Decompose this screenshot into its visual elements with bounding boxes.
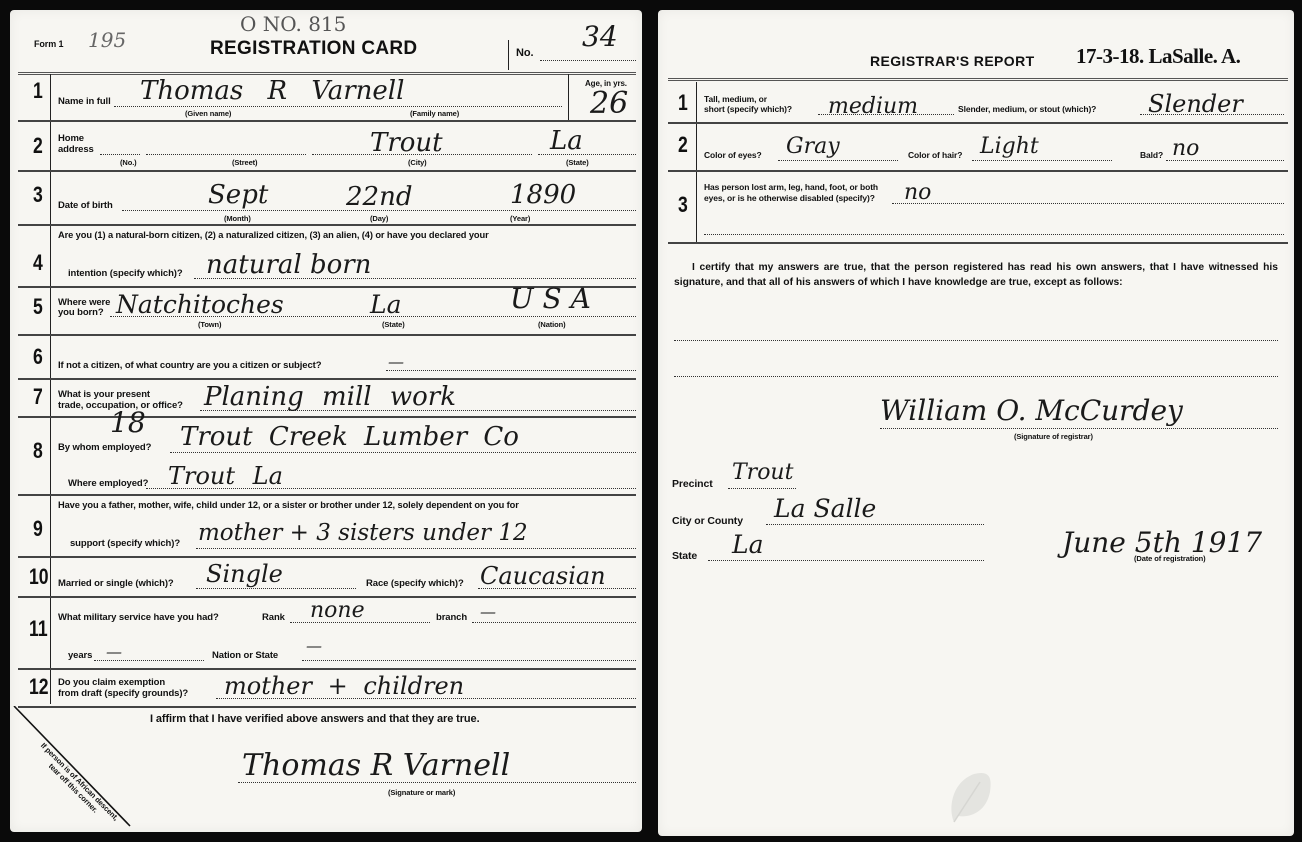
precinct-value[interactable]: Trout xyxy=(732,460,793,485)
birth-town[interactable]: Natchitoches xyxy=(116,290,284,319)
row-number-8: 8 xyxy=(33,438,43,464)
employer-value[interactable]: Trout Creek Lumber Co xyxy=(180,422,519,452)
employment-place-value[interactable]: Trout La xyxy=(168,462,283,490)
birthplace-label-2: you born? xyxy=(58,307,104,318)
registration-card: Form 1 195 O NO. 815 REGISTRATION CARD N… xyxy=(10,10,642,832)
year-caption: (Year) xyxy=(510,214,530,223)
margin-mark: 18 xyxy=(110,406,146,439)
dob-label: Date of birth xyxy=(58,200,113,211)
home-city[interactable]: Trout xyxy=(370,128,443,158)
branch-label: branch xyxy=(436,612,467,623)
county-label: City or County xyxy=(672,515,743,527)
tear-off-corner-line xyxy=(10,706,140,832)
state-caption: (State) xyxy=(566,158,589,167)
years-label: years xyxy=(68,650,92,661)
height-label-2: short (specify which)? xyxy=(704,104,792,114)
leaf-watermark-icon xyxy=(946,768,994,826)
city-caption: (City) xyxy=(408,158,427,167)
registrar-caption: (Signature of registrar) xyxy=(1014,432,1093,441)
home-state[interactable]: La xyxy=(550,126,583,156)
foreign-citizenship-value[interactable]: — xyxy=(388,352,404,371)
affirmation-text: I affirm that I have verified above answ… xyxy=(150,713,480,725)
dob-month[interactable]: Sept xyxy=(208,180,268,210)
state-label: State xyxy=(672,550,697,562)
row-number-11: 11 xyxy=(29,616,48,642)
eye-color-value[interactable]: Gray xyxy=(786,134,840,159)
dependents-value[interactable]: mother + 3 sisters under 12 xyxy=(198,520,528,546)
height-label-1: Tall, medium, or xyxy=(704,94,767,104)
county-value[interactable]: La Salle xyxy=(774,494,876,523)
dependents-label: support (specify which)? xyxy=(70,538,180,549)
report-stamp: 17-3-18. LaSalle. A. xyxy=(1076,44,1240,69)
age-value[interactable]: 26 xyxy=(590,86,628,121)
date-caption: (Date of registration) xyxy=(1134,554,1206,563)
birth-nation[interactable]: U S A xyxy=(510,282,591,315)
bald-value[interactable]: no xyxy=(1172,136,1199,161)
dependents-question: Have you a father, mother, wife, child u… xyxy=(58,500,519,510)
disability-label-2: eyes, or is he otherwise disabled (speci… xyxy=(704,193,875,203)
family-name-caption: (Family name) xyxy=(410,109,459,118)
report-row-number-3: 3 xyxy=(678,192,688,218)
street-caption: (Street) xyxy=(232,158,257,167)
rank-value[interactable]: none xyxy=(310,598,365,623)
birth-state[interactable]: La xyxy=(370,290,402,319)
employment-place-label: Where employed? xyxy=(68,478,148,489)
bald-label: Bald? xyxy=(1140,150,1163,160)
citizenship-question: Are you (1) a natural-born citizen, (2) … xyxy=(58,230,489,240)
month-caption: (Month) xyxy=(224,214,251,223)
hair-color-label: Color of hair? xyxy=(908,150,962,160)
registrar-signature[interactable]: William O. McCurdey xyxy=(880,394,1183,427)
years-value[interactable]: — xyxy=(106,642,122,661)
day-caption: (Day) xyxy=(370,214,388,223)
name-label: Name in full xyxy=(58,96,111,107)
citizenship-label: intention (specify which)? xyxy=(68,268,183,279)
exemption-label-1: Do you claim exemption xyxy=(58,677,165,688)
marital-label: Married or single (which)? xyxy=(58,578,174,589)
row-number-5: 5 xyxy=(33,294,43,320)
row-number-6: 6 xyxy=(33,344,43,370)
nation-state-label: Nation or State xyxy=(212,650,278,661)
card-title: REGISTRATION CARD xyxy=(210,38,417,60)
state-value[interactable]: La xyxy=(732,530,764,559)
marital-value[interactable]: Single xyxy=(206,560,283,588)
row-number-7: 7 xyxy=(33,384,43,410)
state-caption-5: (State) xyxy=(382,320,405,329)
build-label: Slender, medium, or stout (which)? xyxy=(958,104,1096,114)
branch-value[interactable]: — xyxy=(480,602,496,621)
given-name-caption: (Given name) xyxy=(185,109,231,118)
signature-caption: (Signature or mark) xyxy=(388,788,455,797)
row-number-10: 10 xyxy=(29,564,49,590)
hair-color-value[interactable]: Light xyxy=(980,134,1039,159)
exemption-label-2: from draft (specify grounds)? xyxy=(58,688,188,699)
nation-state-value[interactable]: — xyxy=(306,636,322,655)
build-value[interactable]: Slender xyxy=(1148,90,1243,118)
report-title: REGISTRAR'S REPORT xyxy=(870,53,1035,69)
disability-label-1: Has person lost arm, leg, hand, foot, or… xyxy=(704,182,878,192)
report-row-number-1: 1 xyxy=(678,90,688,116)
registrar-report-card: REGISTRAR'S REPORT 17-3-18. LaSalle. A. … xyxy=(658,10,1294,836)
row-number-1: 1 xyxy=(33,78,43,104)
name-value[interactable]: Thomas R Varnell xyxy=(140,76,404,106)
row-number-12: 12 xyxy=(29,674,49,700)
row-number-9: 9 xyxy=(33,516,43,542)
precinct-label: Precinct xyxy=(672,478,713,490)
height-value[interactable]: medium xyxy=(828,94,918,119)
race-value[interactable]: Caucasian xyxy=(480,562,606,590)
number-column-line xyxy=(50,74,51,704)
town-caption: (Town) xyxy=(198,320,221,329)
eye-color-label: Color of eyes? xyxy=(704,150,762,160)
employer-label: By whom employed? xyxy=(58,442,151,453)
corner-marks: 195 xyxy=(88,28,126,52)
home-label: Home xyxy=(58,133,84,144)
nation-caption: (Nation) xyxy=(538,320,566,329)
occupation-label-1: What is your present xyxy=(58,389,150,400)
occupation-value[interactable]: Planing mill work xyxy=(204,382,456,412)
certification-text: I certify that my answers are true, that… xyxy=(674,260,1278,290)
dob-day[interactable]: 22nd xyxy=(346,182,412,212)
form-label: Form 1 xyxy=(34,39,63,49)
citizenship-value[interactable]: natural born xyxy=(206,250,371,280)
card-number: 34 xyxy=(582,20,618,53)
registrant-signature[interactable]: Thomas R Varnell xyxy=(242,748,510,783)
header-rule xyxy=(18,72,636,75)
row-number-3: 3 xyxy=(33,182,43,208)
no-caption: (No.) xyxy=(120,158,137,167)
military-question: What military service have you had? xyxy=(58,612,219,623)
row-number-4: 4 xyxy=(33,250,43,276)
exemption-value[interactable]: mother + children xyxy=(224,672,464,700)
dob-year[interactable]: 1890 xyxy=(510,180,576,210)
number-divider xyxy=(508,40,509,70)
report-row-number-2: 2 xyxy=(678,132,688,158)
serial-annotation: O NO. 815 xyxy=(240,12,346,36)
disability-value[interactable]: no xyxy=(904,180,931,205)
number-label: No. xyxy=(516,47,533,59)
foreign-citizenship-label: If not a citizen, of what country are yo… xyxy=(58,360,321,371)
race-label: Race (specify which)? xyxy=(366,578,464,589)
address-label: address xyxy=(58,144,94,155)
rank-label: Rank xyxy=(262,612,285,623)
row-number-2: 2 xyxy=(33,133,43,159)
